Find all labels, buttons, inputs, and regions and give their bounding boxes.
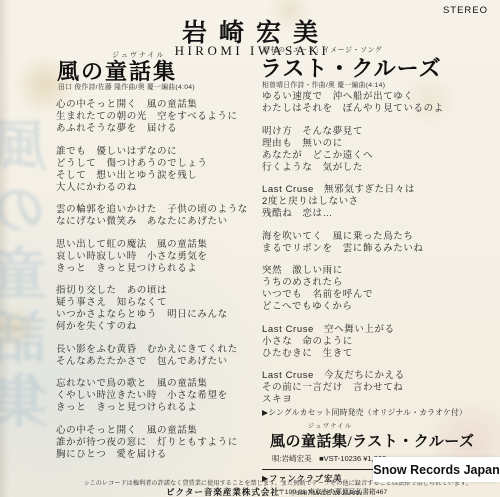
lyrics-line: 長い影をふむ黄昏 むかえにきてくれた xyxy=(56,344,261,356)
lyrics-line: ひたむきに 生きて xyxy=(262,348,490,360)
lyrics-line: くやしい時泣きたい時 小さな希望を xyxy=(56,390,261,402)
lyrics-stanza: Last Cruse 無邪気すぎた日々は2度と戻りはしないさ残酷ね 恋は… xyxy=(262,184,490,220)
lyrics-line: 小さな 命のように xyxy=(262,336,490,348)
left-song-lyrics: 心の中そっと開く 風の童話集生まれたての朝の光 空をすべるようにあふれそうな夢を… xyxy=(56,99,261,471)
lyrics-line: 哀しい時寂しい時 小さな勇気を xyxy=(56,251,261,263)
lyrics-line: あなたが どこか遠くへ xyxy=(262,150,490,162)
lyrics-line: 心の中そっと開く 風の童話集 xyxy=(56,425,261,437)
cassette-release-note: ▶シングルカセット同時発売（オリジナル・カラオケ付） xyxy=(262,407,490,418)
publisher-line: ビクター音楽産業株式会社 Ⓟ1987 MADE IN JAPAN xyxy=(166,486,362,497)
lyrics-stanza: 突然 激しい雨にうちのめされたらいつでも 名前を呼んでどこへでもゆくから xyxy=(262,265,490,313)
snow-records-watermark: Snow Records Japan xyxy=(373,457,500,482)
record-company-name: ビクター音楽産業株式会社 xyxy=(166,486,280,497)
lyrics-line: うちのめされたら xyxy=(262,277,490,289)
lyrics-stanza: 雲の輪郭を追いかけた 子供の頃のようななにげない微笑み あなたにあげたい xyxy=(56,204,261,228)
lyrics-line: きっと きっと見つけられるよ xyxy=(56,263,261,275)
lyrics-line: 胸にひとつ 愛を届ける xyxy=(56,449,261,461)
lyrics-line: 突然 激しい雨に xyxy=(262,265,490,277)
lyrics-stanza: 心の中そっと開く 風の童話集生まれたての朝の光 空をすべるようにあふれそうな夢を… xyxy=(56,99,261,135)
lyrics-line: 残酷ね 恋は… xyxy=(262,208,490,220)
lyrics-line: あふれそうな夢を 届ける xyxy=(56,123,261,135)
lyrics-stanza: 誰でも 優しいはずなのにどうして 傷つけあうのでしょうそして 想い出とゆう涙を残… xyxy=(56,146,261,194)
lyrics-line: まるでリボンを 雲に飾るみたいね xyxy=(262,243,490,255)
lyrics-line: 思い出して虹の魔法 風の童話集 xyxy=(56,239,261,251)
lyrics-line: 疑う事さえ 知らなくて xyxy=(56,297,261,309)
lyrics-line: 理由も 無いのに xyxy=(262,138,490,150)
left-song-credits: 田口 俊作詩/佐藤 隆作曲/奥 慶一編曲(4:04) xyxy=(58,81,195,91)
lyrics-line: そんなあたたかさで 包んであげたい xyxy=(56,356,261,368)
lyrics-line: 誰でも 優しいはずなのに xyxy=(56,146,261,158)
lyrics-line: 大人にかわるのね xyxy=(56,182,261,194)
lyrics-stanza: 海を吹いてく 風に乗った鳥たちまるでリボンを 雲に飾るみたいね xyxy=(262,231,490,255)
lyrics-line: ゆるい速度で 沖へ船が出てゆく xyxy=(262,91,490,103)
lyrics-stanza: Last Cruse 今友だちにかえるその前に一言だけ 言わせてねスキヨ xyxy=(262,370,490,406)
lyrics-stanza: ゆるい速度で 沖へ船が出てゆくわたしはそれを ぼんやり見ているのよ xyxy=(262,91,490,115)
release-title: 風の童話集/ラスト・クルーズ xyxy=(270,430,490,451)
right-song-lyrics: ゆるい速度で 沖へ船が出てゆくわたしはそれを ぼんやり見ているのよ明け方 そんな… xyxy=(262,91,490,417)
lyrics-line: 何かを失くすのね xyxy=(56,321,261,333)
lyrics-line: その前に一言だけ 言わせてね xyxy=(262,382,490,394)
lyrics-stanza: 長い影をふむ黄昏 むかえにきてくれたそんなあたたかさで 包んであげたい xyxy=(56,344,261,368)
lyrics-line: スキヨ xyxy=(262,394,490,406)
lyrics-line: 明け方 そんな夢見て xyxy=(262,126,490,138)
lyrics-line: わたしはそれを ぼんやり見ているのよ xyxy=(262,103,490,115)
right-song-credits: 相曽晴日作詩・作曲/奥 慶一編曲(4:14) xyxy=(262,79,385,89)
lyrics-line: 生まれたての朝の光 空をすべるように xyxy=(56,111,261,123)
lyrics-line: 指切り交した あの頃は xyxy=(56,285,261,297)
lyrics-stanza: Last Cruse 空へ舞い上がる小さな 命のようにひたむきに 生きて xyxy=(262,324,490,360)
lyrics-line: いつかさよならとゆう 明日にみんな xyxy=(56,309,261,321)
lyrics-line: 忘れないで鳥の歌と 風の童話集 xyxy=(56,378,261,390)
record-back-cover: 風の童話集 STEREO 岩崎宏美 HIROMI IWASAKI ジュヴナイル … xyxy=(0,0,500,497)
lyrics-line: Last Cruse 今友だちにかえる xyxy=(262,370,490,382)
lyrics-line: Last Cruse 無邪気すぎた日々は xyxy=(262,184,490,196)
lyrics-line: どうして 傷つけあうのでしょう xyxy=(56,158,261,170)
lyrics-stanza: 忘れないで鳥の歌と 風の童話集くやしい時泣きたい時 小さな希望をきっと きっと見… xyxy=(56,378,261,414)
lyrics-line: 海を吹いてく 風に乗った鳥たち xyxy=(262,231,490,243)
lyrics-line: なにげない微笑み あなたにあげたい xyxy=(56,216,261,228)
lyrics-line: 誰かが待つ夜の窓に 灯りともすように xyxy=(56,437,261,449)
lyrics-line: きっと きっと見つけられるよ xyxy=(56,402,261,414)
lyrics-line: 雲の輪郭を追いかけた 子供の頃のような xyxy=(56,204,261,216)
cover-showthrough-text: 風の童話集 xyxy=(0,116,64,436)
lyrics-line: 2度と戻りはしないさ xyxy=(262,196,490,208)
lyrics-line: Last Cruse 空へ舞い上がる xyxy=(262,324,490,336)
lyrics-line: そして 想い出とゆう涙を残し xyxy=(56,170,261,182)
lyrics-stanza: 心の中そっと開く 風の童話集誰かが待つ夜の窓に 灯りともすように胸にひとつ 愛を… xyxy=(56,425,261,461)
copyright-made-in-japan: Ⓟ1987 MADE IN JAPAN xyxy=(290,488,362,497)
lyrics-line: 行くような 気がした xyxy=(262,162,490,174)
lyrics-line: いつでも 名前を呼んで xyxy=(262,289,490,301)
lyrics-stanza: 指切り交した あの頃は疑う事さえ 知らなくていつかさよならとゆう 明日にみんな何… xyxy=(56,285,261,333)
lyrics-line: 心の中そっと開く 風の童話集 xyxy=(56,99,261,111)
lyrics-stanza: 明け方 そんな夢見て理由も 無いのにあなたが どこか遠くへ行くような 気がした xyxy=(262,126,490,174)
release-title-furigana: ジュヴナイル xyxy=(308,421,490,430)
lyrics-stanza: 思い出して虹の魔法 風の童話集哀しい時寂しい時 小さな勇気をきっと きっと見つけ… xyxy=(56,239,261,275)
lyrics-line: どこへでもゆくから xyxy=(262,301,490,313)
